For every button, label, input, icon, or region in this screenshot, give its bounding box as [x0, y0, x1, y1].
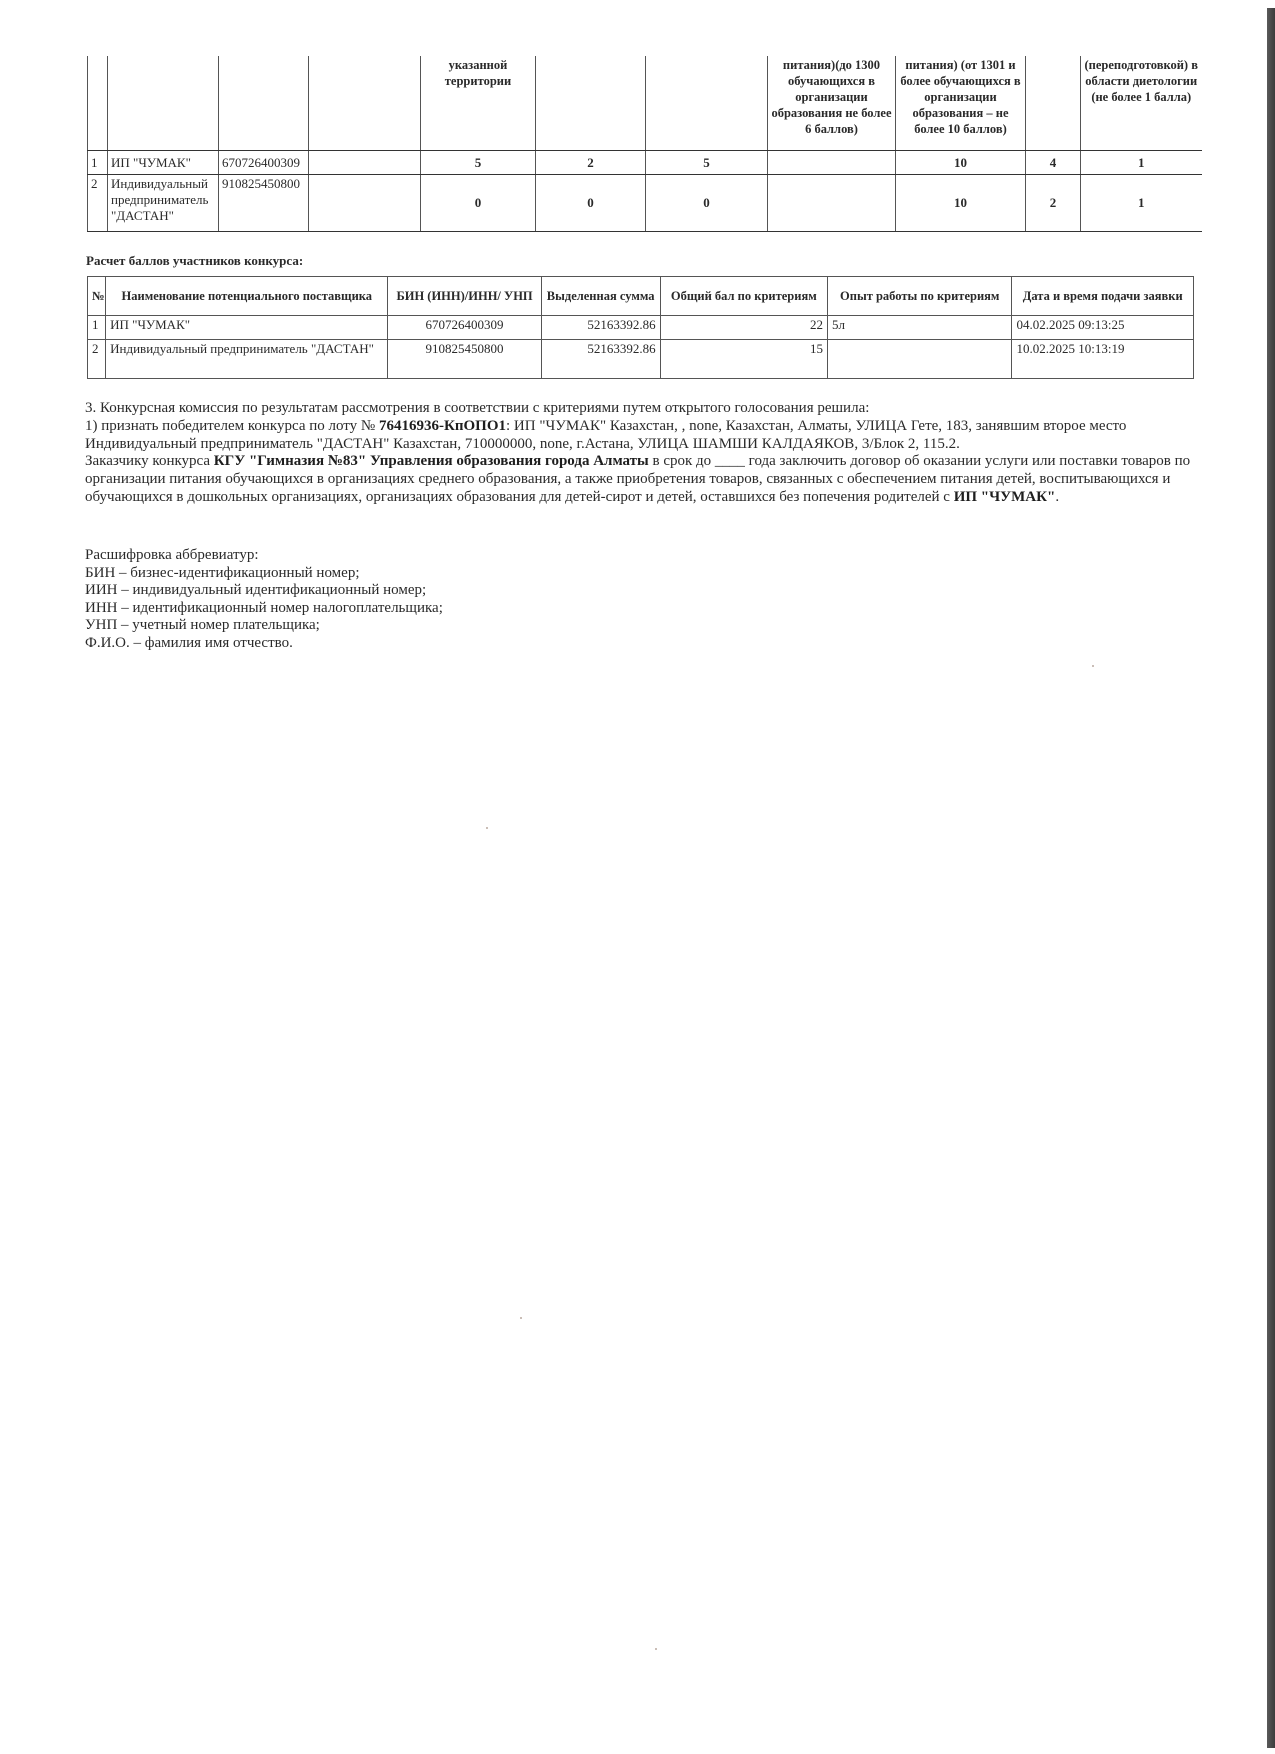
criterion-score: 5: [646, 151, 768, 175]
column-header-submitted: Дата и время подачи заявки: [1012, 277, 1194, 316]
row-number: 1: [88, 316, 106, 340]
commission-decision: 3. Конкурсная комиссия по результатам ра…: [85, 400, 1195, 507]
criteria-header-cell: [309, 56, 421, 151]
abbreviation-item: ИИН – индивидуальный идентификационный н…: [85, 582, 785, 600]
criteria-header-cell: [108, 56, 219, 151]
allocated-amount: 52163392.86: [541, 340, 660, 379]
criterion-score: 10: [896, 175, 1026, 232]
criteria-header-cell: [536, 56, 646, 151]
criterion-score: 1: [1081, 151, 1202, 175]
column-header-experience: Опыт работы по критериям: [827, 277, 1012, 316]
scan-speck: [655, 1648, 657, 1650]
customer-name: КГУ "Гимназия №83" Управления образовани…: [214, 453, 649, 469]
abbreviation-item: БИН – бизнес-идентификационный номер;: [85, 565, 785, 583]
winner-prefix: 1) признать победителем конкурса по лоту…: [85, 418, 379, 434]
score-calc-heading: Расчет баллов участников конкурса:: [86, 253, 303, 269]
abbreviations-list: Расшифровка аббревиатур: БИН – бизнес-ид…: [85, 547, 785, 653]
criterion-score: 0: [536, 175, 646, 232]
decision-winner: 1) признать победителем конкурса по лоту…: [85, 418, 1195, 454]
criteria-header-cell: указанной территории: [421, 56, 536, 151]
experience: [827, 340, 1012, 379]
total-score: 15: [660, 340, 827, 379]
criterion-score: 1: [1081, 175, 1202, 232]
criterion-score: 5: [421, 151, 536, 175]
table-row: 1 ИП "ЧУМАК" 670726400309 52163392.86 22…: [88, 316, 1194, 340]
scan-speck: [486, 827, 488, 829]
submission-datetime: 10.02.2025 10:13:19: [1012, 340, 1194, 379]
supplier-bin: 670726400309: [388, 316, 541, 340]
abbreviations-title: Расшифровка аббревиатур:: [85, 547, 785, 565]
column-header-amount: Выделенная сумма: [541, 277, 660, 316]
supplier-name: Индивидуальный предприниматель "ДАСТАН": [108, 175, 219, 232]
criteria-header-cell: [1026, 56, 1081, 151]
criteria-header-cell: питания)(до 1300 обучающихся в организац…: [768, 56, 896, 151]
sentence-end: .: [1055, 489, 1059, 505]
criterion-score: [768, 151, 896, 175]
table-row: 1 ИП "ЧУМАК" 670726400309 5 2 5 10 4 1: [88, 151, 1202, 175]
scanner-edge: [1267, 8, 1275, 1748]
table-row: 2 Индивидуальный предприниматель "ДАСТАН…: [88, 175, 1202, 232]
criterion-score: 4: [1026, 151, 1081, 175]
criteria-header-cell: [219, 56, 309, 151]
allocated-amount: 52163392.86: [541, 316, 660, 340]
criteria-header-cell: [88, 56, 108, 151]
supplier-name: ИП "ЧУМАК": [108, 151, 219, 175]
criteria-header-cell: питания) (от 1301 и более обучающихся в …: [896, 56, 1026, 151]
abbreviation-item: ИНН – идентификационный номер налогоплат…: [85, 600, 785, 618]
supplier-bin: 910825450800: [219, 175, 309, 232]
column-header-total-score: Общий бал по критериям: [660, 277, 827, 316]
experience: 5л: [827, 316, 1012, 340]
criterion-score: 2: [536, 151, 646, 175]
score-calc-table: № Наименование потенциального поставщика…: [87, 276, 1194, 379]
criteria-header-cell: [646, 56, 768, 151]
supplier-bin: 910825450800: [388, 340, 541, 379]
supplier-bin: 670726400309: [219, 151, 309, 175]
scan-speck: [520, 1317, 522, 1319]
criterion-score: 0: [421, 175, 536, 232]
criterion-score: [309, 151, 421, 175]
score-calc-header-row: № Наименование потенциального поставщика…: [88, 277, 1194, 316]
criteria-header-row: указанной территории питания)(до 1300 об…: [88, 56, 1202, 151]
abbreviation-item: Ф.И.О. – фамилия имя отчество.: [85, 635, 785, 653]
supplier-name: ИП "ЧУМАК": [106, 316, 388, 340]
row-number: 2: [88, 340, 106, 379]
criterion-score: [309, 175, 421, 232]
criteria-score-table: указанной территории питания)(до 1300 об…: [87, 56, 1202, 232]
decision-customer: Заказчику конкурса КГУ "Гимназия №83" Уп…: [85, 453, 1195, 506]
supplier-name: Индивидуальный предприниматель "ДАСТАН": [106, 340, 388, 379]
decision-intro: 3. Конкурсная комиссия по результатам ра…: [85, 400, 1195, 418]
total-score: 22: [660, 316, 827, 340]
criterion-score: 2: [1026, 175, 1081, 232]
customer-prefix: Заказчику конкурса: [85, 453, 214, 469]
criterion-score: 0: [646, 175, 768, 232]
contractor-name: ИП "ЧУМАК": [954, 489, 1056, 505]
document-page: указанной территории питания)(до 1300 об…: [0, 0, 1267, 1754]
column-header-supplier: Наименование потенциального поставщика: [106, 277, 388, 316]
table-row: 2 Индивидуальный предприниматель "ДАСТАН…: [88, 340, 1194, 379]
column-header-number: №: [88, 277, 106, 316]
column-header-bin: БИН (ИНН)/ИНН/ УНП: [388, 277, 541, 316]
row-number: 2: [88, 175, 108, 232]
lot-number: 76416936-КпОПО1: [379, 418, 506, 434]
criteria-header-cell: (переподготовкой) в области диетологии (…: [1081, 56, 1202, 151]
submission-datetime: 04.02.2025 09:13:25: [1012, 316, 1194, 340]
row-number: 1: [88, 151, 108, 175]
criterion-score: [768, 175, 896, 232]
scan-speck: [1092, 665, 1094, 667]
criterion-score: 10: [896, 151, 1026, 175]
abbreviation-item: УНП – учетный номер плательщика;: [85, 617, 785, 635]
